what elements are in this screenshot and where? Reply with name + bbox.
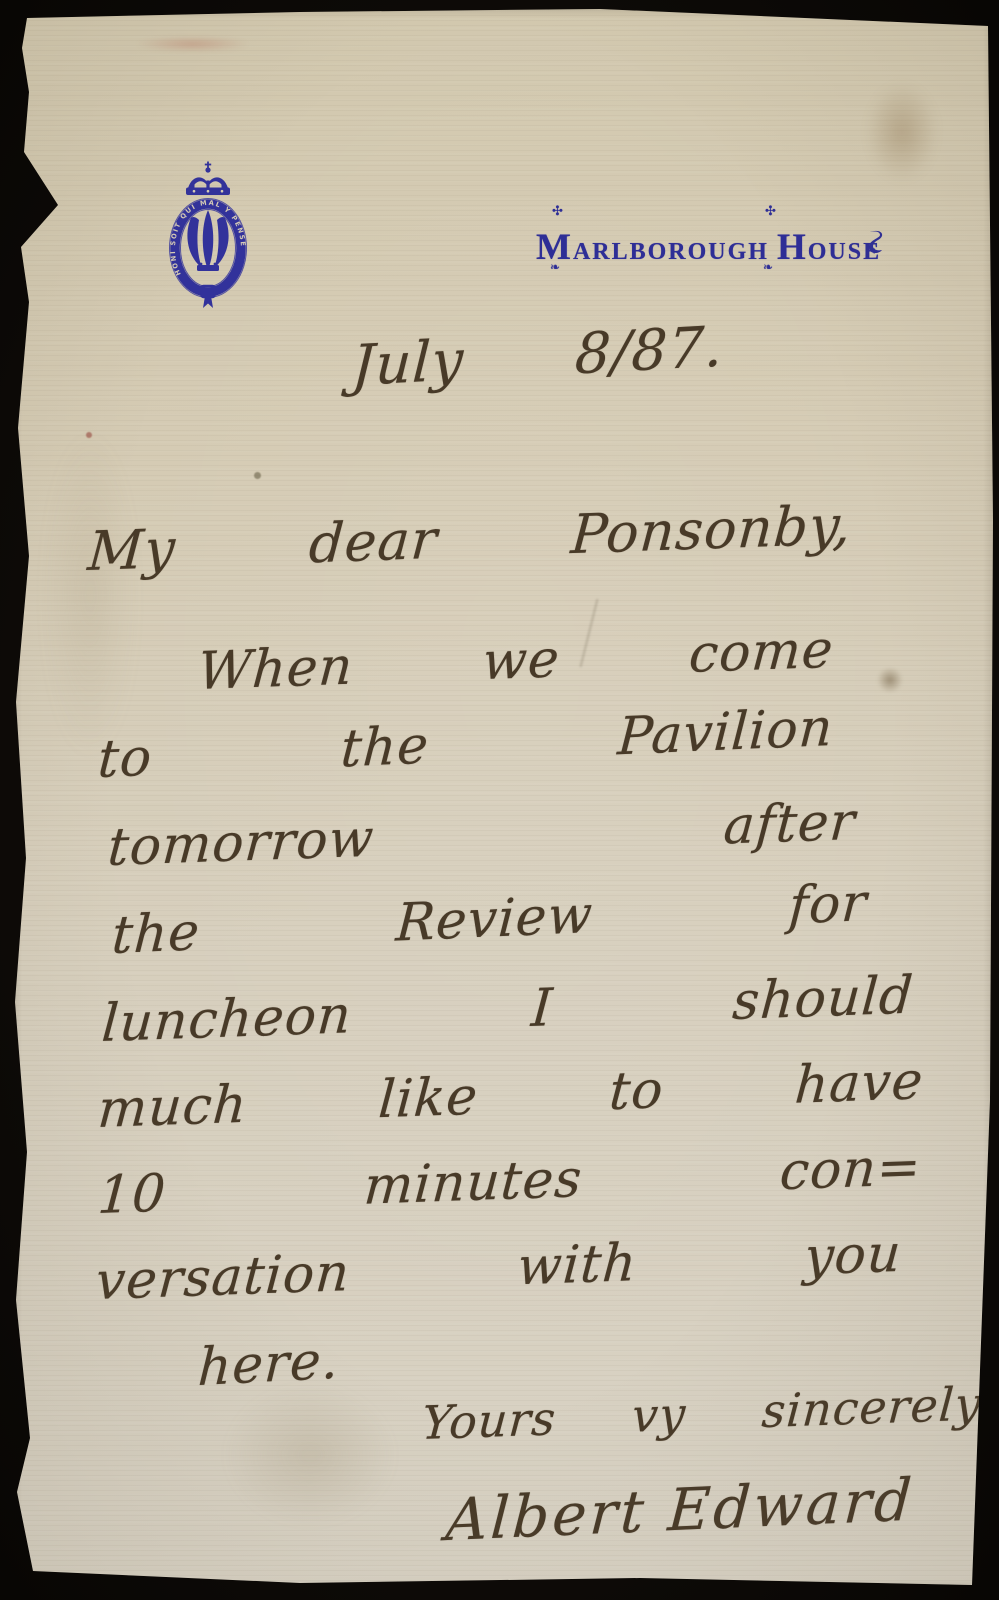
body-line: When we come: [196, 620, 836, 702]
stain: [254, 472, 261, 479]
body-line: luncheon I should: [100, 966, 916, 1055]
letter-paper-sheet: HONI SOIT QUI MAL Y PENSE ✣ ✣ ❧ ❧ MARLBO…: [0, 0, 999, 1600]
body-line: much like to have: [96, 1051, 926, 1140]
body-line: the Review for: [110, 873, 869, 966]
stain: [45, 430, 135, 760]
letterhead-title: ✣ ✣ ❧ ❧ MARLBOROUGH HOUSE: [536, 212, 896, 272]
body-line: here.: [196, 1325, 439, 1398]
salutation-line: My dear Ponsonby,: [86, 493, 854, 583]
stain: [86, 432, 92, 438]
body-line: versation with you: [94, 1224, 904, 1312]
scanned-letter-page: HONI SOIT QUI MAL Y PENSE ✣ ✣ ❧ ❧ MARLBO…: [0, 0, 999, 1600]
house-name-rest: ARLBOROUGH: [573, 239, 769, 265]
date-line: July 8/87.: [350, 314, 725, 399]
closing-line: Yours vy sincerely: [420, 1376, 983, 1450]
fleur-ornament-icon: ✣: [765, 204, 778, 219]
body-line: tomorrow after: [106, 792, 858, 878]
stain: [876, 666, 904, 694]
stain: [225, 1385, 395, 1525]
fleur-ornament-icon: ✣: [552, 204, 565, 219]
swash-flourish-icon: [866, 228, 888, 258]
word-space: [769, 239, 777, 265]
house-name: MARLBOROUGH HOUSE: [536, 226, 881, 269]
stain: [866, 82, 938, 182]
body-line: to the Pavilion: [96, 698, 835, 790]
house-name-initial: M: [536, 227, 573, 268]
stain: [135, 36, 250, 52]
house-name-initial: H: [777, 227, 808, 268]
body-line: 10 minutes con=: [96, 1137, 924, 1226]
prince-of-wales-crest-icon: HONI SOIT QUI MAL Y PENSE: [152, 160, 264, 310]
signature: Albert Edward: [444, 1462, 993, 1554]
